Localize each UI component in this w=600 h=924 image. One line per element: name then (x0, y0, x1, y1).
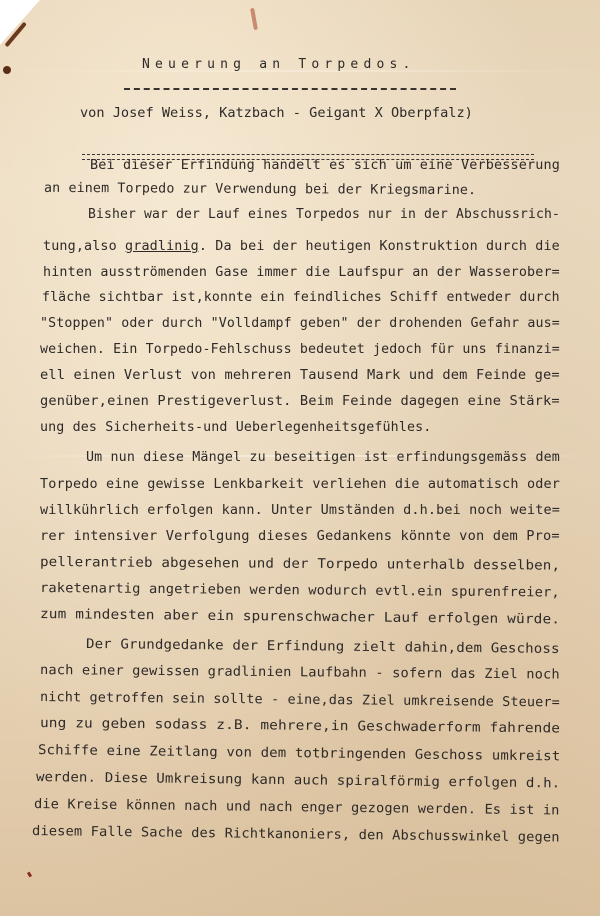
text-line: Bisher war der Lauf eines Torpedos nur i… (88, 207, 560, 222)
text-line: rer intensiver Verfolgung dieses Gedanke… (40, 529, 560, 544)
text-line: ell einen Verlust von mehreren Tausend M… (40, 368, 560, 383)
text-line: Torpedo eine gewisse Lenkbarkeit verlieh… (40, 477, 560, 492)
text-segment: . Da bei der heutigen Konstruktion durch… (199, 239, 560, 254)
document-title: Neuerung an Torpedos. (142, 57, 416, 72)
text-line: weichen. Ein Torpedo-Fehlschuss bedeutet… (40, 342, 560, 357)
text-line: Bei dieser Erfindung handelt es sich um … (90, 158, 560, 173)
document-byline: von Josef Weiss, Katzbach - Geigant X Ob… (80, 105, 473, 121)
underlined-word: gradlinig (125, 239, 199, 254)
text-line: ung des Sicherheits-und Ueberlegenheitsg… (40, 420, 431, 435)
text-segment: tung,also (43, 239, 125, 254)
text-line: hinten ausströmenden Gase immer die Lauf… (43, 265, 560, 280)
pin-head-icon (3, 66, 11, 74)
title-underline (124, 88, 456, 90)
text-line: genüber,einen Prestigeverlust. Beim Fein… (40, 394, 560, 409)
text-line: "Stoppen" oder durch "Volldampf geben" d… (40, 316, 560, 331)
text-line: an einem Torpedo zur Verwendung bei der … (44, 181, 476, 198)
text-line: tung,also gradlinig. Da bei der heutigen… (43, 239, 560, 254)
text-line: willkührlich erfolgen kann. Unter Umstän… (40, 503, 560, 518)
text-line: fläche sichtbar ist,konnte ein feindlich… (42, 290, 560, 305)
text-line: Um nun diese Mängel zu beseitigen ist er… (86, 450, 560, 465)
